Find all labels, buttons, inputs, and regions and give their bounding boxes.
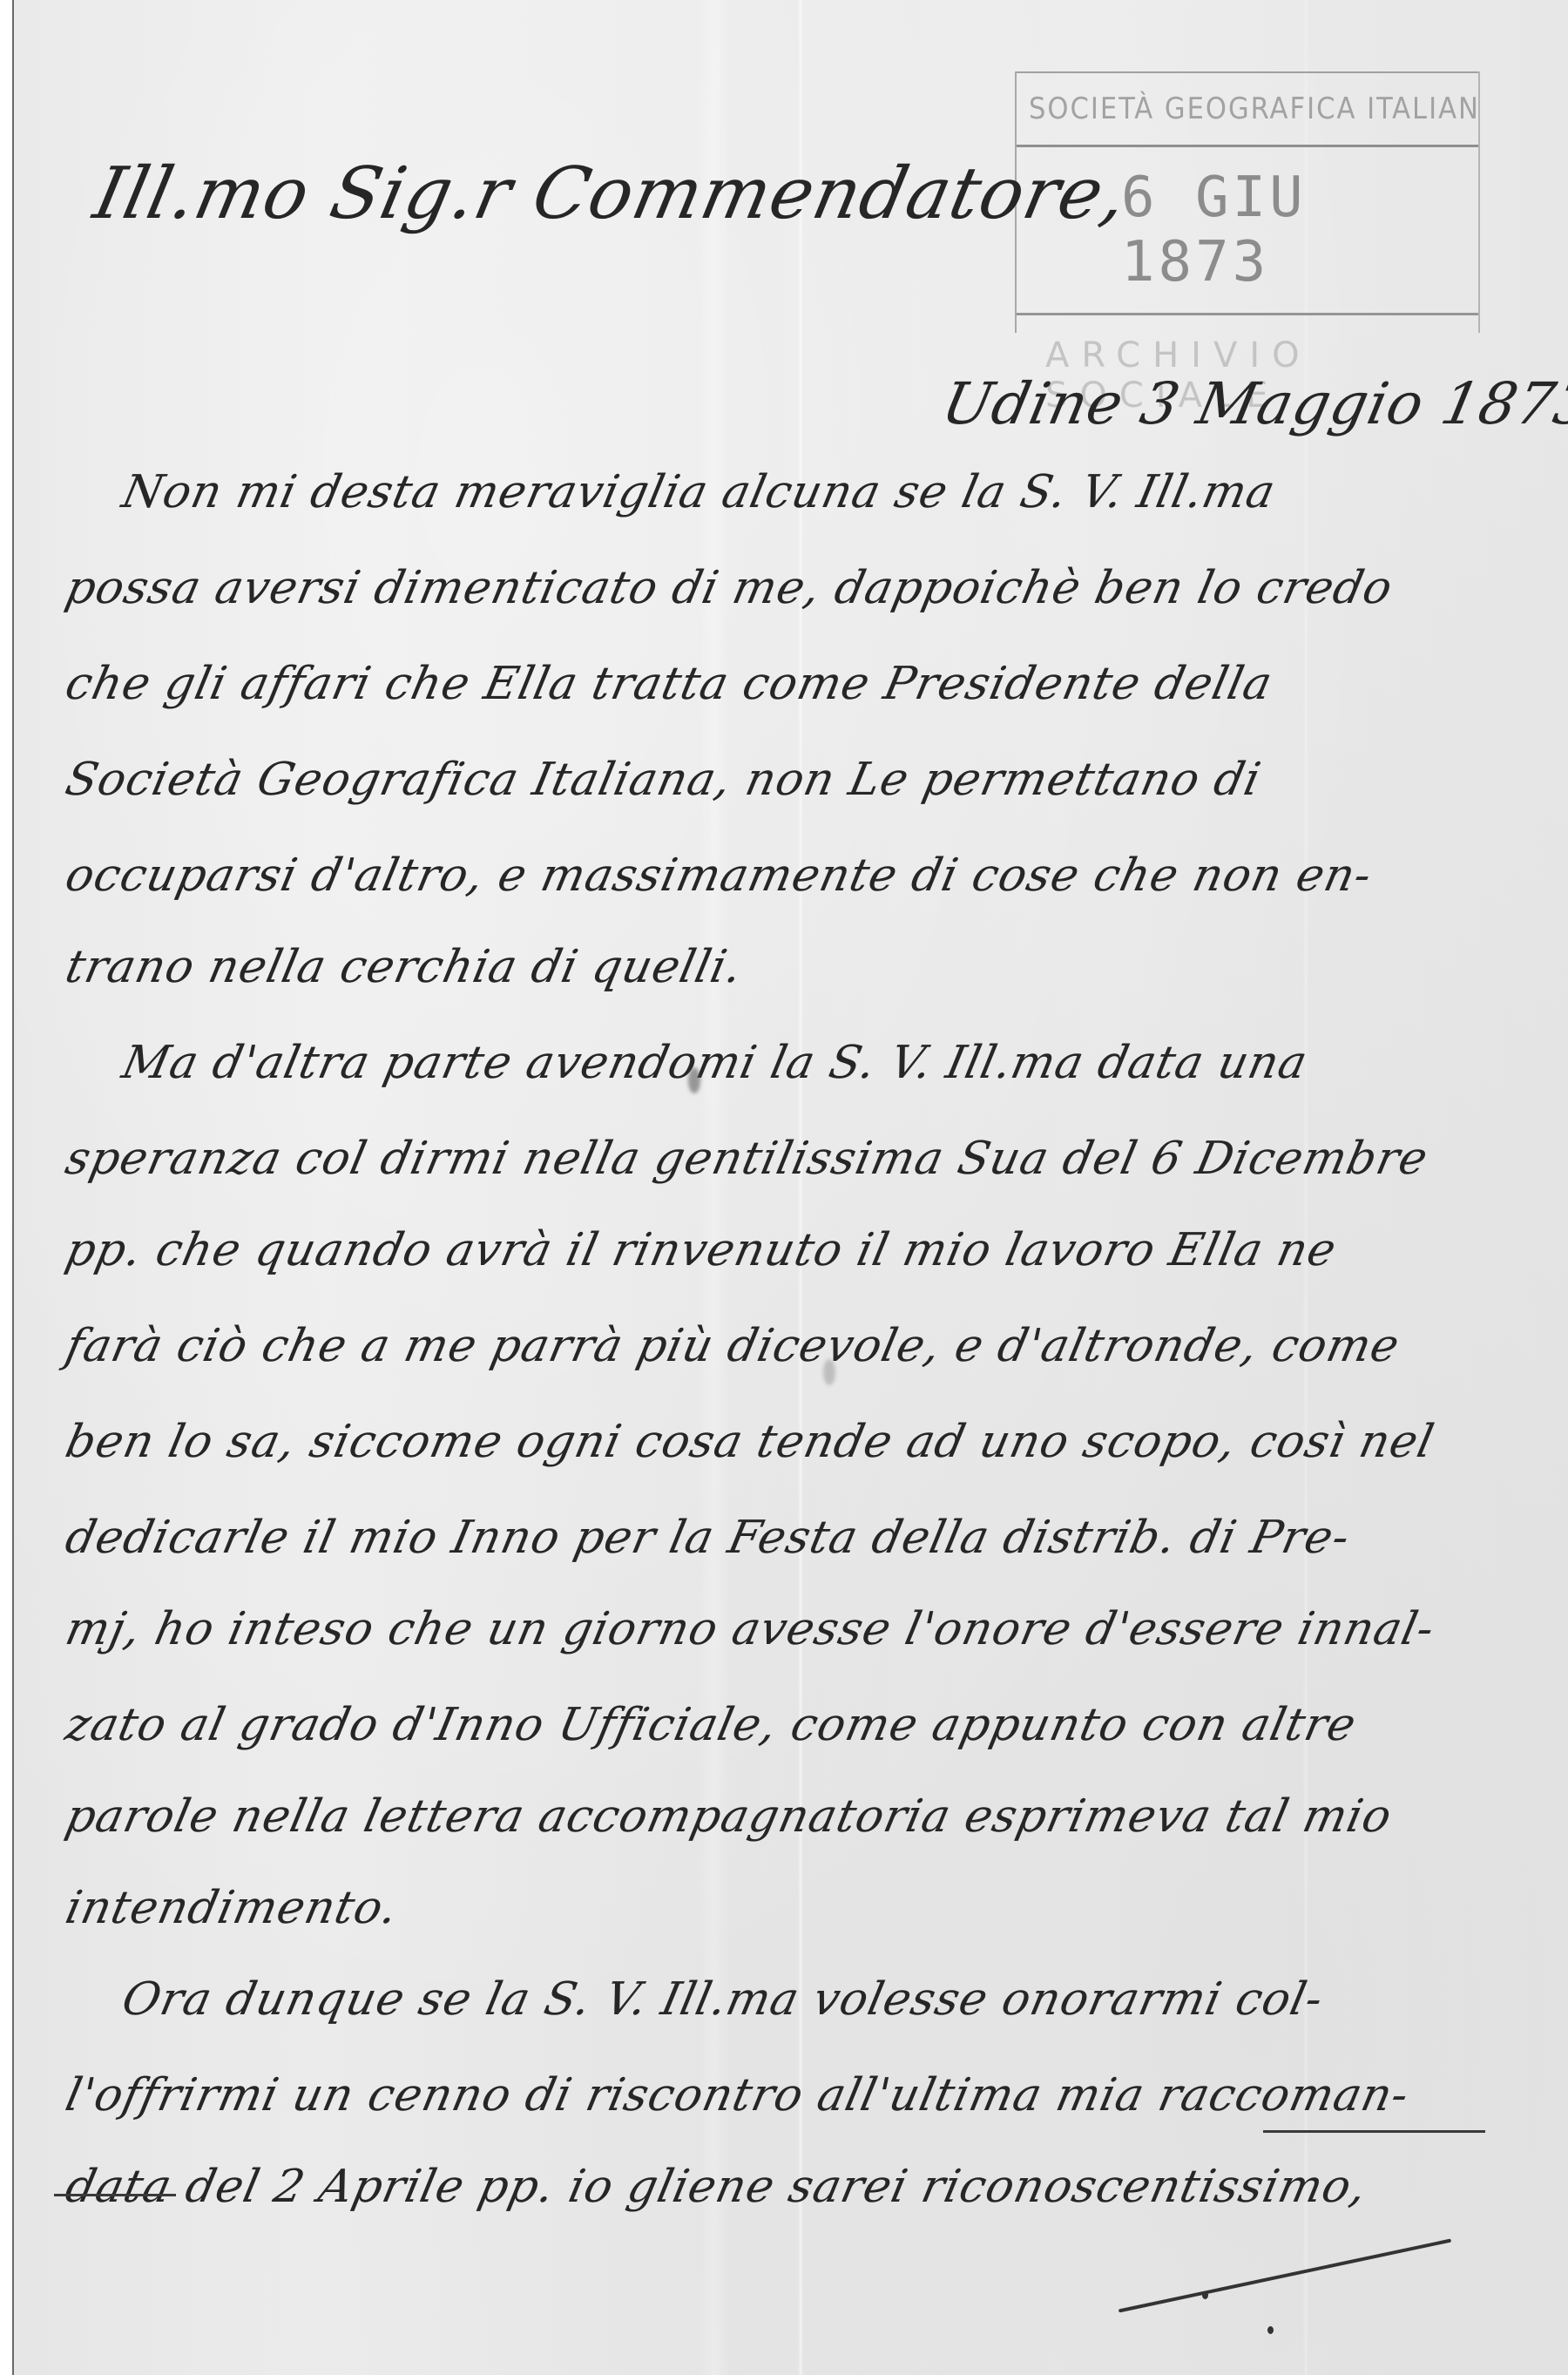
letter-line: data del 2 Aprile pp. io gliene sarei ri… xyxy=(61,2161,1372,2213)
letter-line: l'offrirmi un cenno di riscontro all'ult… xyxy=(61,2069,1414,2121)
letter-dateline: Udine 3 Maggio 1873 xyxy=(936,370,1568,437)
ink-blot xyxy=(823,1359,835,1385)
letter-line: parole nella lettera accompagnatoria esp… xyxy=(61,1790,1396,1843)
underline-mark xyxy=(1263,2130,1485,2133)
letter-line: Ora dunque se la S. V. Ill.ma volesse on… xyxy=(118,1973,1328,2026)
letter-line: intendimento. xyxy=(61,1882,402,1934)
letter-line: dedicarle il mio Inno per la Festa della… xyxy=(61,1512,1355,1564)
letter-line: Società Geografica Italiana, non Le perm… xyxy=(61,754,1266,806)
letter-line: occuparsi d'altro, e massimamente di cos… xyxy=(61,849,1376,902)
letter-salutation: Ill.mo Sig.r Commendatore, xyxy=(87,152,1135,235)
letter-line: zato al grado d'Inno Ufficiale, come app… xyxy=(61,1699,1361,1751)
ink-blot xyxy=(688,1067,700,1093)
underline-mark xyxy=(54,2194,176,2196)
letter-line: che gli affari che Ella tratta come Pres… xyxy=(61,658,1277,710)
ink-dot xyxy=(1202,2291,1208,2299)
letter-line: farà ciò che a me parrà più dicevole, e … xyxy=(61,1320,1404,1372)
stamp-header: SOCIETÀ GEOGRAFICA ITALIANA xyxy=(1017,71,1478,147)
letter-line: ben lo sa, siccome ogni cosa tende ad un… xyxy=(61,1416,1439,1468)
letter-line: trano nella cerchia di quelli. xyxy=(61,941,747,993)
letter-line: pp. che quando avrà il rinvenuto il mio … xyxy=(61,1224,1342,1276)
letter-line: mj, ho inteso che un giorno avesse l'ono… xyxy=(61,1603,1439,1655)
letter-line: Ma d'altra parte avendomi la S. V. Ill.m… xyxy=(118,1037,1312,1089)
letter-line: speranza col dirmi nella gentilissima Su… xyxy=(61,1133,1433,1185)
letter-line: Non mi desta meraviglia alcuna se la S. … xyxy=(118,466,1281,518)
letter-line: possa aversi dimenticato di me, dappoich… xyxy=(61,562,1397,614)
ink-dot xyxy=(1267,2326,1274,2334)
